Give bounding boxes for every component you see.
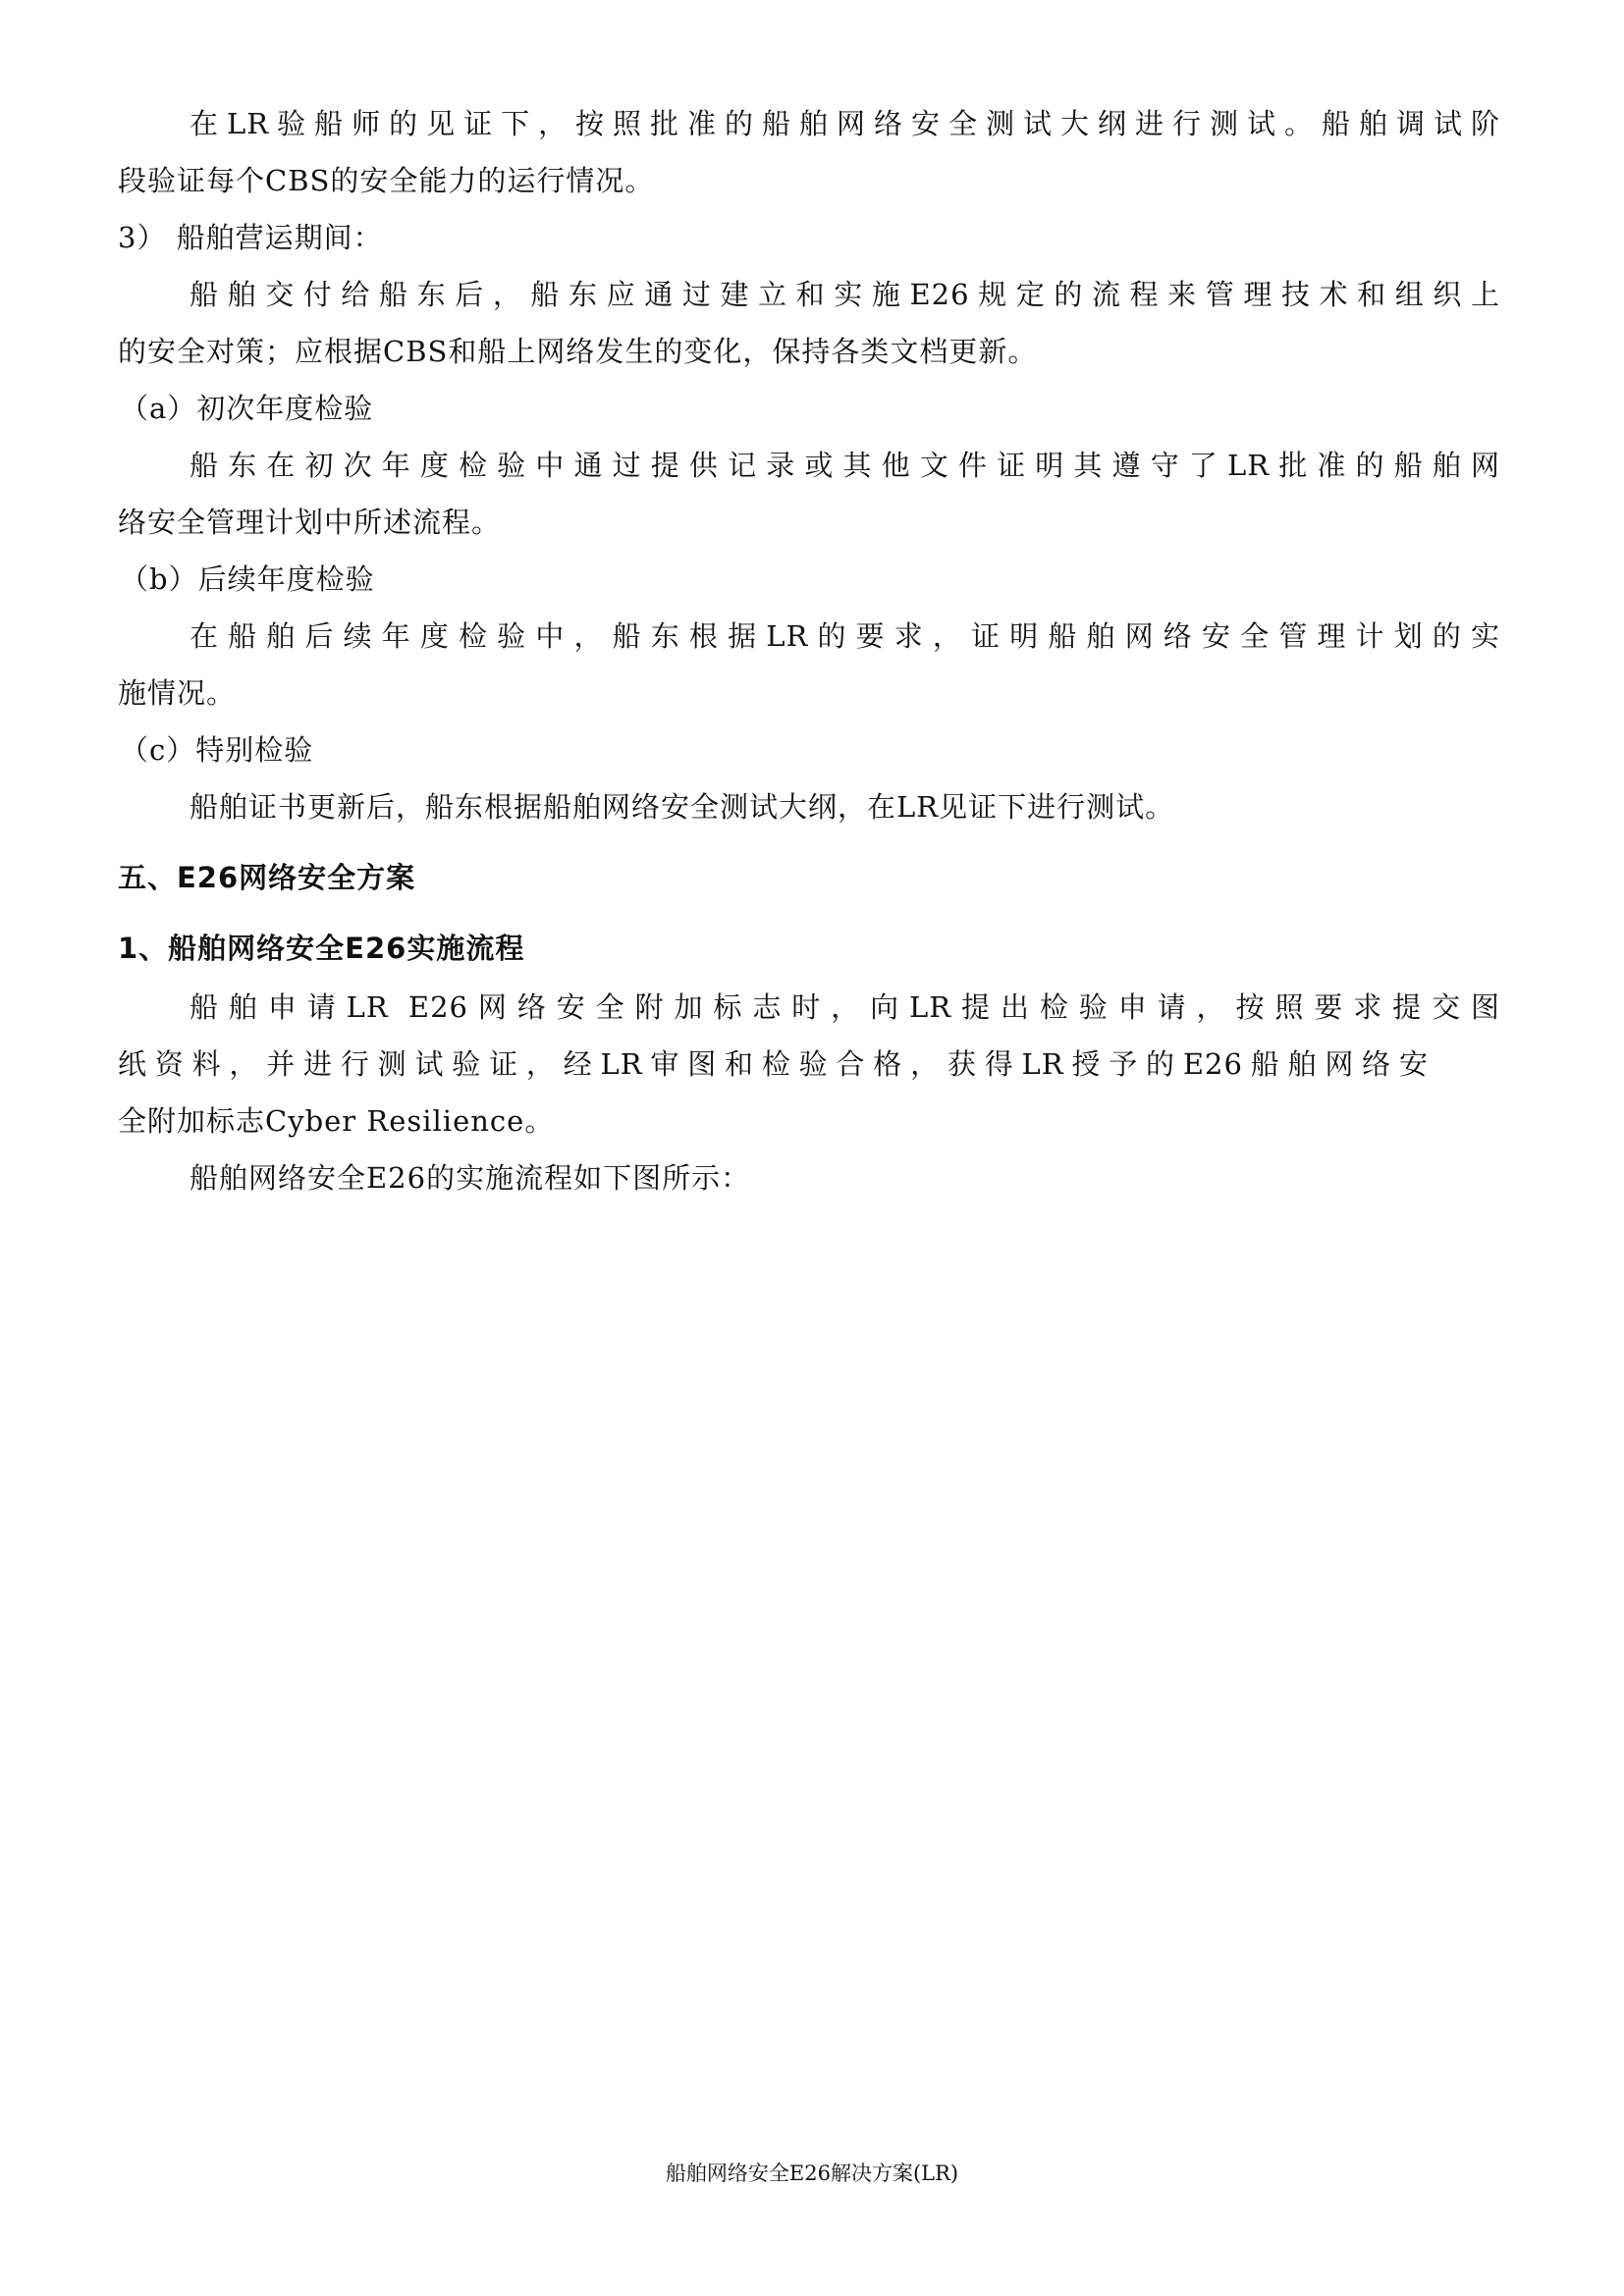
sub-heading-b: （b）后续年度检验 <box>120 560 375 599</box>
paragraph-line: 施情况。 <box>118 673 236 713</box>
paragraph-line: 在LR验船师的见证下，按照批准的船舶网络安全测试大纲进行测试。船舶调试阶 <box>189 104 1500 143</box>
list-item-heading: 3） 船舶营运期间： <box>118 218 383 257</box>
section-heading: 五、E26网络安全方案 <box>118 858 415 897</box>
paragraph-line: 船舶网络安全E26的实施流程如下图所示： <box>189 1158 750 1198</box>
subsection-heading: 1、船舶网络安全E26实施流程 <box>118 929 524 968</box>
paragraph-line: 段验证每个CBS的安全能力的运行情况。 <box>118 161 654 200</box>
page-footer: 船舶网络安全E26解决方案(LR) <box>0 2158 1624 2187</box>
paragraph-line: 船舶证书更新后，船东根据船舶网络安全测试大纲，在LR见证下进行测试。 <box>189 787 1174 827</box>
paragraph-line: 船东在初次年度检验中通过提供记录或其他文件证明其遵守了LR批准的船舶网 <box>189 446 1500 485</box>
paragraph-line: 船舶交付给船东后，船东应通过建立和实施E26规定的流程来管理技术和组织上 <box>189 275 1500 314</box>
paragraph-line: 络安全管理计划中所述流程。 <box>118 503 501 542</box>
sub-heading-a: （a）初次年度检验 <box>120 389 373 428</box>
paragraph-line: 的安全对策；应根据CBS和船上网络发生的变化，保持各类文档更新。 <box>118 332 1037 371</box>
paragraph-line: 船舶申请LR E26网络安全附加标志时，向LR提出检验申请，按照要求提交图 <box>189 988 1500 1027</box>
paragraph-line: 全附加标志Cyber Resilience。 <box>118 1101 554 1141</box>
paragraph-line: 在船舶后续年度检验中，船东根据LR的要求，证明船舶网络安全管理计划的实 <box>189 616 1500 656</box>
sub-heading-c: （c）特别检验 <box>120 730 313 770</box>
paragraph-line: 纸资料，并进行测试验证，经LR审图和检验合格，获得LR授予的E26船舶网络安 <box>118 1044 1429 1084</box>
